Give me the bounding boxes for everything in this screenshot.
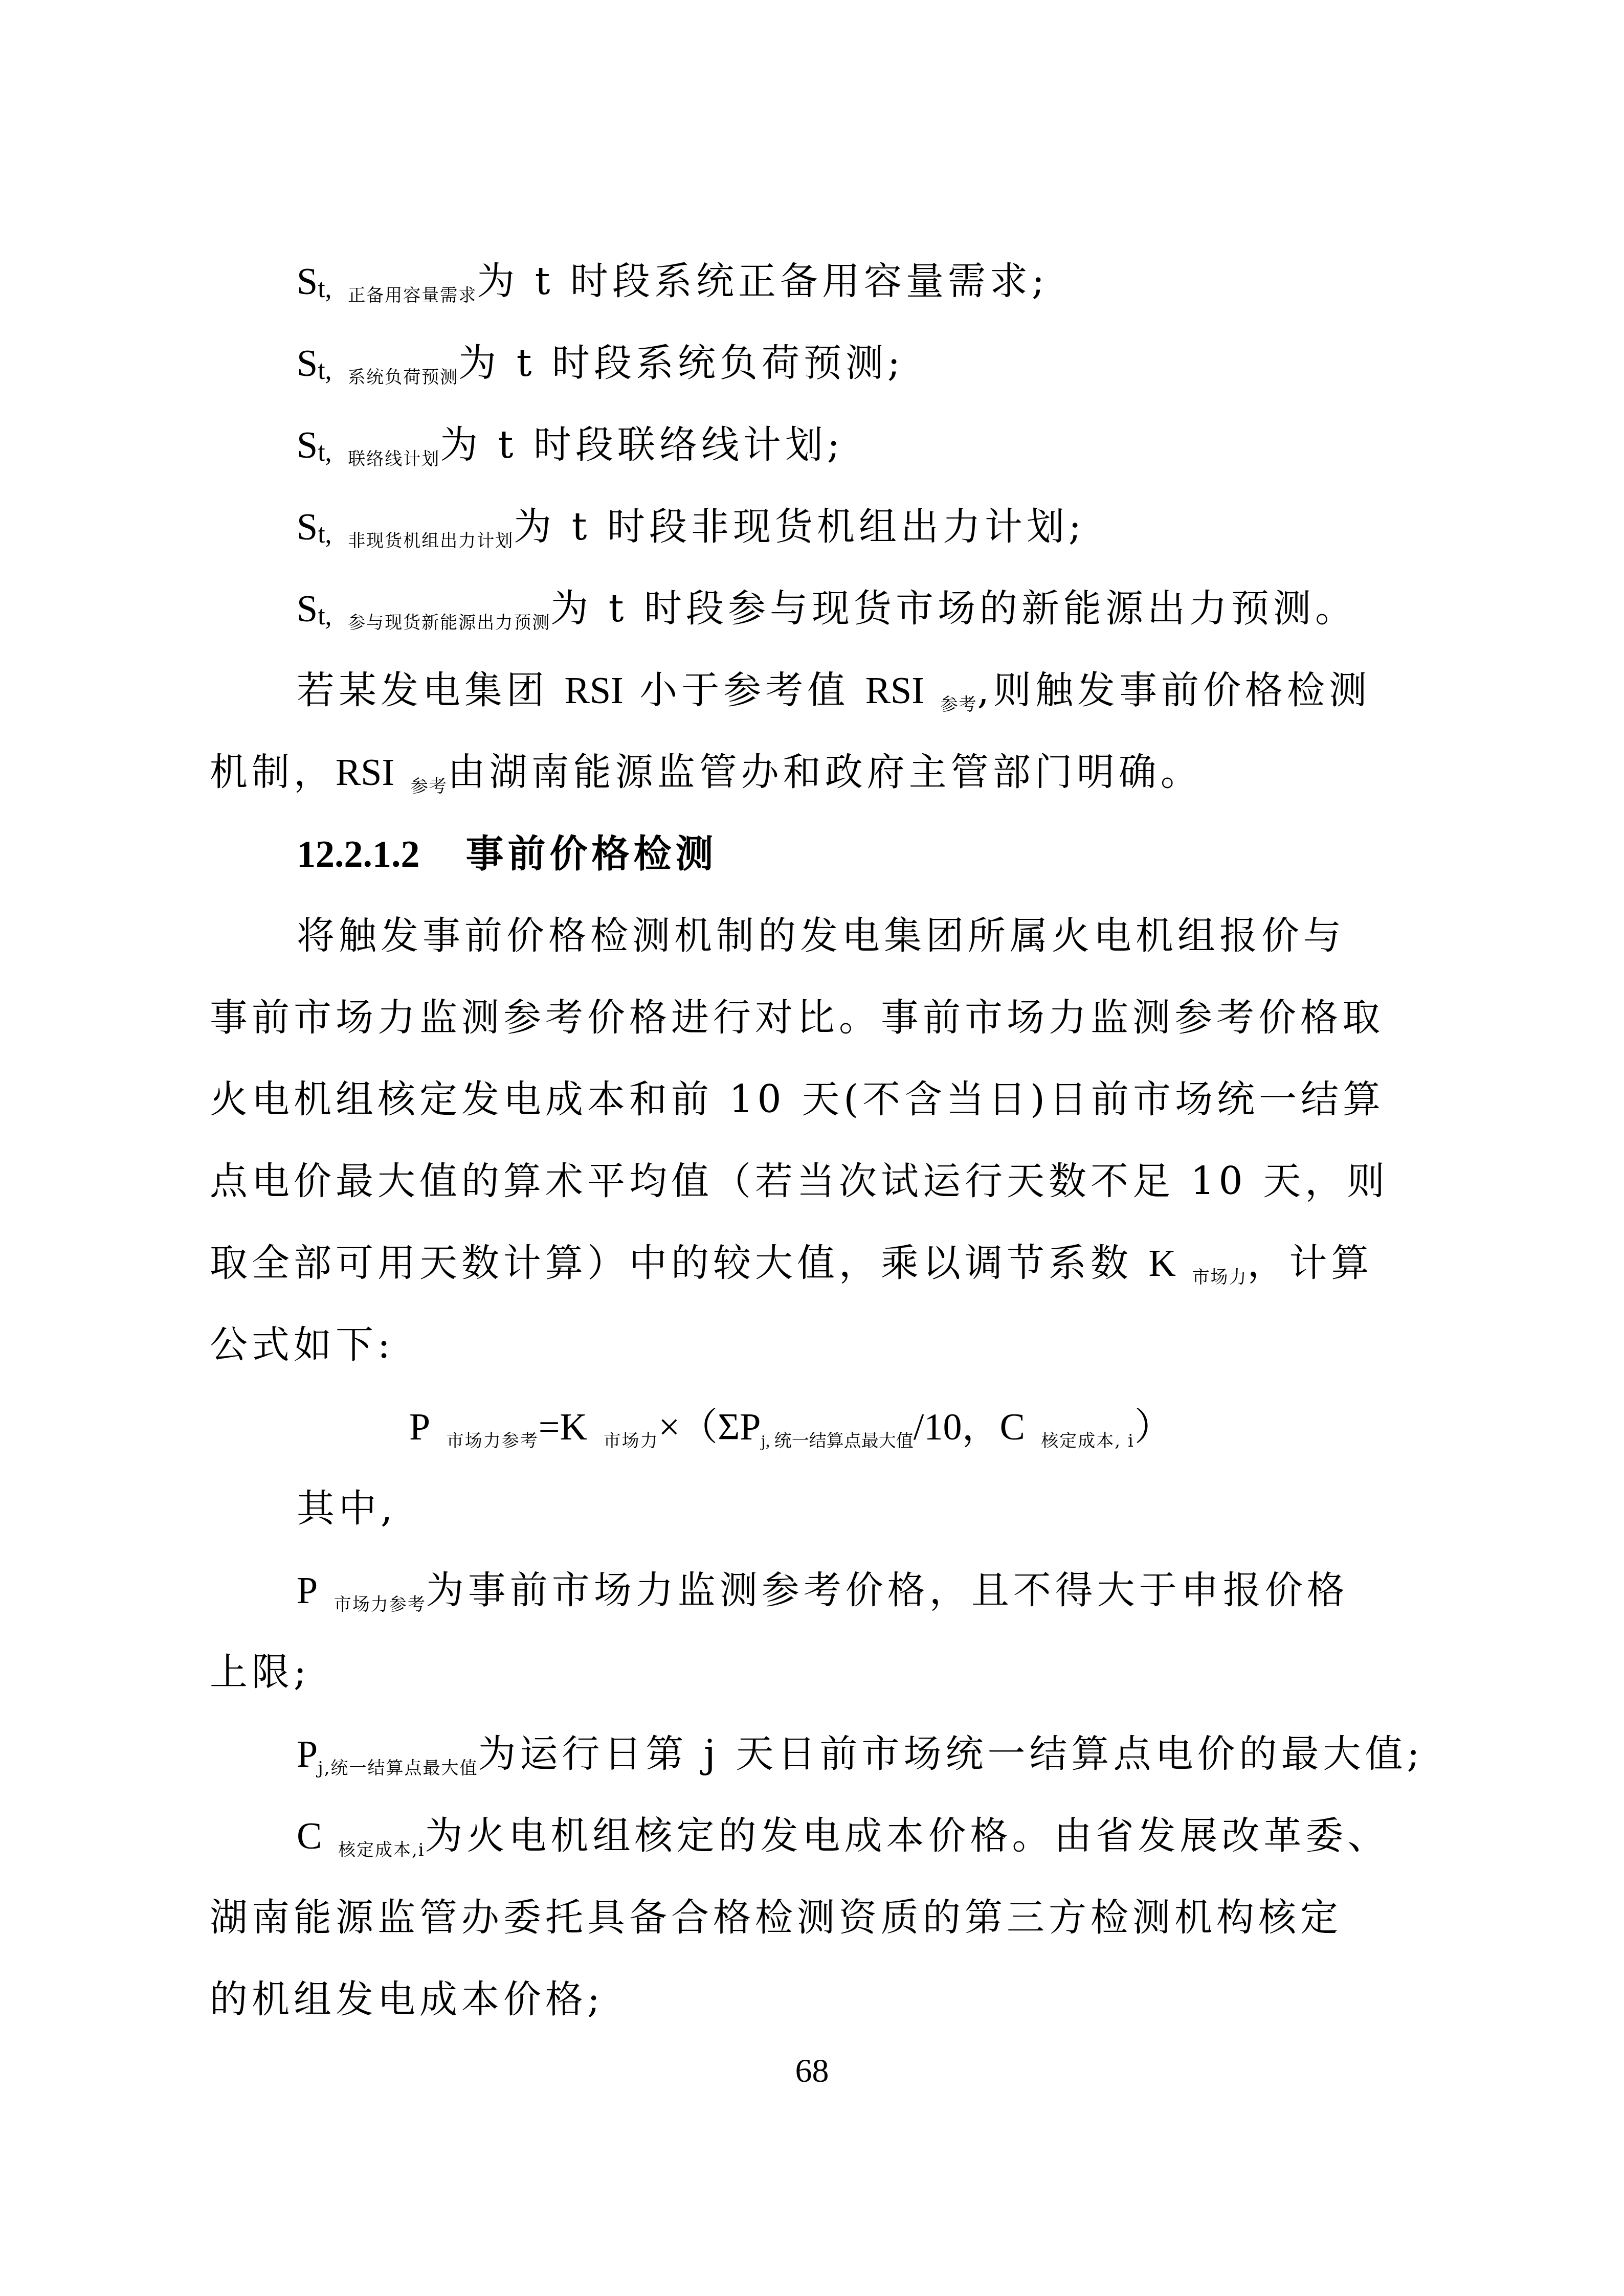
subscript-t: t, [318, 438, 331, 467]
definition-s-tie-line: St, 联络线计划为 t 时段联络线计划; [297, 419, 1417, 485]
definition-p-line-2: 上限; [210, 1647, 1417, 1698]
subscript-t: t, [318, 274, 331, 303]
paragraph-line-2: 事前市场力监测参考价格进行对比。事前市场力监测参考价格取 [210, 992, 1417, 1043]
definition-text: 为 t 时段系统正备用容量需求; [477, 259, 1049, 303]
formula: P 市场力参考=K 市场力×（ΣPj, 统一结算点最大值/10，C 核定成本, … [409, 1401, 1381, 1467]
paragraph-line-6: 公式如下: [210, 1319, 1417, 1370]
subscript-t: t, [318, 520, 331, 549]
definition-s-load-forecast: St, 系统负荷预测为 t 时段系统负荷预测; [297, 337, 1417, 403]
subscript: 市场力参考 [447, 1431, 539, 1451]
paragraph-line-1: 将触发事前价格检测机制的发电集团所属火电机组报价与 [297, 910, 1417, 961]
subscript: 联络线计划 [348, 449, 440, 469]
text: ，计算 [1248, 1241, 1373, 1285]
subscript-t: t, [318, 356, 331, 385]
definition-text: 为 t 时段非现货机组出力计划; [514, 505, 1085, 549]
page-number: 68 [0, 2051, 1624, 2091]
definition-p-line-1: P 市场力参考为事前市场力监测参考价格，且不得大于申报价格 [297, 1565, 1417, 1630]
subscript: 参与现货新能源出力预测 [348, 613, 550, 633]
definition-c-line-2: 湖南能源监管办委托具备合格检测资质的第三方检测机构核定 [210, 1892, 1417, 1943]
formula-sum: ×（ΣP [658, 1406, 761, 1448]
variable: S [297, 506, 318, 548]
text: 由湖南能源监管办和政府主管部门明确。 [448, 750, 1203, 794]
formula-k: =K [539, 1406, 587, 1448]
definition-text: 为 t 时段系统负荷预测; [458, 341, 904, 385]
definition-text: 为 t 时段联络线计划; [440, 423, 844, 467]
variable: C [297, 1815, 322, 1857]
text: ,则触发事前价格检测 [977, 668, 1371, 712]
variable: S [297, 261, 318, 303]
rsi-term: RSI [565, 670, 624, 712]
subscript: 系统负荷预测 [348, 367, 458, 388]
subscript: 市场力 [603, 1431, 658, 1451]
rsi-term: RSI [336, 752, 394, 794]
subscript: 核定成本, i [1041, 1431, 1134, 1451]
subscript: 市场力 [1192, 1267, 1248, 1288]
text: 为运行日第 j 天日前市场统一结算点电价的最大值; [478, 1732, 1424, 1776]
subscript: j, 统一结算点最大值 [761, 1432, 913, 1451]
subscript: 正备用容量需求 [348, 285, 477, 306]
subscript: j,统一结算点最大值 [318, 1758, 478, 1779]
text: 为事前市场力监测参考价格，且不得大于申报价格 [426, 1568, 1349, 1612]
rsi-term: RSI [865, 670, 924, 712]
definition-c-line-3: 的机组发电成本价格; [210, 1974, 1417, 2025]
section-number: 12.2.1.2 [297, 834, 420, 875]
paragraph-line-5: 取全部可用天数计算）中的较大值，乘以调节系数 K 市场力，计算 [210, 1237, 1417, 1303]
definition-pj: Pj,统一结算点最大值为运行日第 j 天日前市场统一结算点电价的最大值; [297, 1728, 1417, 1794]
variable: P [297, 1734, 318, 1775]
text: 为火电机组核定的发电成本价格。由省发展改革委、 [425, 1814, 1390, 1858]
variable: S [297, 343, 318, 385]
text: 若某发电集团 [297, 668, 565, 712]
rsi-paragraph-line-1: 若某发电集团 RSI 小于参考值 RSI 参考,则触发事前价格检测 [297, 665, 1417, 730]
formula-divide: /10，C [914, 1406, 1025, 1448]
section-heading: 12.2.1.2事前价格检测 [297, 828, 1417, 880]
text: 机制， [210, 750, 336, 794]
document-page: St, 正备用容量需求为 t 时段系统正备用容量需求; St, 系统负荷预测为 … [0, 0, 1624, 2296]
where-label: 其中, [297, 1483, 1417, 1534]
subscript: 参考 [411, 776, 448, 797]
section-title: 事前价格检测 [466, 832, 718, 876]
text: 小于参考值 [624, 668, 865, 712]
rsi-paragraph-line-2: 机制，RSI 参考由湖南能源监管办和政府主管部门明确。 [210, 747, 1417, 812]
definition-s-renewable: St, 参与现货新能源出力预测为 t 时段参与现货市场的新能源出力预测。 [297, 583, 1417, 648]
subscript: 核定成本,i [338, 1840, 425, 1860]
variable: P [297, 1570, 318, 1612]
variable: S [297, 424, 318, 466]
formula-p: P [409, 1406, 430, 1448]
subscript: 参考 [940, 694, 977, 715]
definition-c-line-1: C 核定成本,i为火电机组核定的发电成本价格。由省发展改革委、 [297, 1810, 1417, 1876]
subscript: 市场力参考 [334, 1594, 426, 1615]
definition-s-non-spot: St, 非现货机组出力计划为 t 时段非现货机组出力计划; [297, 501, 1417, 567]
paragraph-line-3: 火电机组核定发电成本和前 10 天(不含当日)日前市场统一结算 [210, 1074, 1417, 1125]
variable-k: K [1149, 1243, 1176, 1285]
subscript: 非现货机组出力计划 [348, 531, 514, 551]
paragraph-line-4: 点电价最大值的算术平均值（若当次试运行天数不足 10 天，则 [210, 1156, 1417, 1207]
text: 取全部可用天数计算）中的较大值，乘以调节系数 [210, 1241, 1149, 1285]
variable: S [297, 588, 318, 630]
formula-close: ） [1134, 1405, 1176, 1449]
definition-s-reserve: St, 正备用容量需求为 t 时段系统正备用容量需求; [297, 256, 1417, 321]
definition-text: 为 t 时段参与现货市场的新能源出力预测。 [550, 587, 1357, 631]
subscript-t: t, [318, 601, 331, 631]
